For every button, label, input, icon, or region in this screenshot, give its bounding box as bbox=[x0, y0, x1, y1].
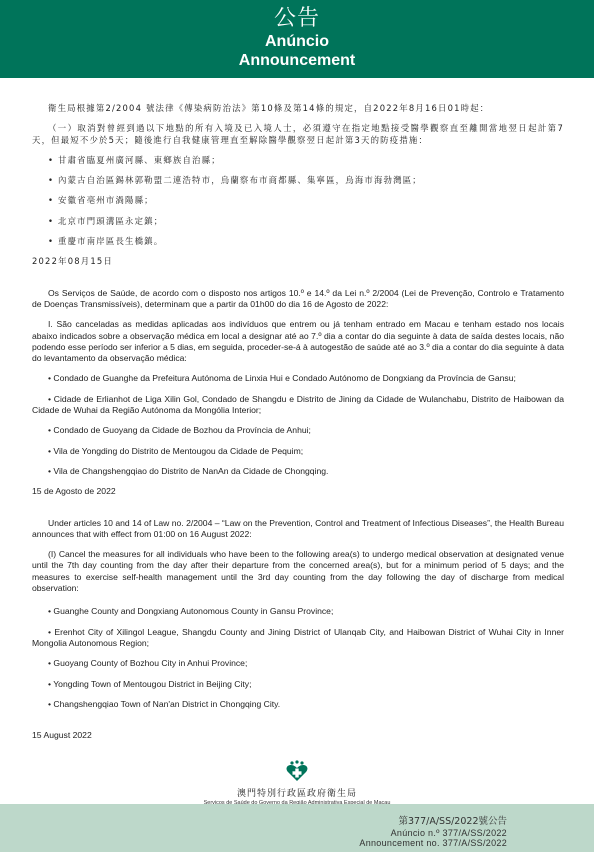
date-en: 15 August 2022 bbox=[32, 730, 564, 741]
list-item: • Yongding Town of Mentougou District in… bbox=[32, 679, 564, 690]
title-en: Announcement bbox=[0, 51, 594, 70]
announcement-header: 公告 Anúncio Announcement bbox=[0, 0, 594, 78]
list-item: • 安徽省亳州市渦陽縣； bbox=[32, 195, 564, 206]
list-item: • Vila de Yongding do Distrito de Mentou… bbox=[32, 446, 564, 457]
date-pt: 15 de Agosto de 2022 bbox=[32, 486, 564, 497]
reference-zh: 第377/A/SS/2022號公告 bbox=[359, 815, 507, 828]
list-item: • Erenhot City of Xilingol League, Shang… bbox=[32, 627, 564, 650]
section-en: Under articles 10 and 14 of Law no. 2/20… bbox=[32, 518, 564, 742]
health-bureau-heart-cross-icon bbox=[285, 760, 309, 782]
list-item: • 重慶市南岸區長生橋鎮。 bbox=[32, 236, 564, 247]
clause-zh: （一）取消對曾經到過以下地點的所有入境及已入境人士，必須遵守在指定地點接受醫學觀… bbox=[32, 123, 564, 146]
list-item: • Changshengqiao Town of Nan'an District… bbox=[32, 699, 564, 710]
list-item: • Condado de Guoyang da Cidade de Bozhou… bbox=[32, 425, 564, 436]
clause-en: (I) Cancel the measures for all individu… bbox=[32, 549, 564, 594]
announcement-body: 衛生局根據第2/2004 號法律《傳染病防治法》第10條及第14條的規定，自20… bbox=[32, 103, 564, 741]
reference-pt: Anúncio n.º 377/A/SS/2022 bbox=[359, 828, 507, 838]
clause-pt: I. São canceladas as medidas aplicadas a… bbox=[32, 319, 564, 364]
list-item: • Guanghe County and Dongxiang Autonomou… bbox=[32, 606, 564, 617]
bureau-name-zh: 澳門特別行政區政府衛生局 bbox=[0, 789, 594, 800]
intro-en: Under articles 10 and 14 of Law no. 2/20… bbox=[32, 518, 564, 541]
footer-band: 第377/A/SS/2022號公告 Anúncio n.º 377/A/SS/2… bbox=[0, 804, 594, 852]
list-item: • Guoyang County of Bozhou City in Anhui… bbox=[32, 658, 564, 669]
intro-pt: Os Serviços de Saúde, de acordo com o di… bbox=[32, 288, 564, 311]
list-item: • 北京市門頭溝區永定鎮； bbox=[32, 216, 564, 227]
section-zh: 衛生局根據第2/2004 號法律《傳染病防治法》第10條及第14條的規定，自20… bbox=[32, 103, 564, 268]
reference-en: Announcement no. 377/A/SS/2022 bbox=[359, 838, 507, 848]
section-pt: Os Serviços de Saúde, de acordo com o di… bbox=[32, 288, 564, 498]
title-zh: 公告 bbox=[0, 0, 594, 32]
list-item: • Cidade de Erlianhot de Liga Xilin Gol,… bbox=[32, 394, 564, 417]
title-pt: Anúncio bbox=[0, 32, 594, 51]
date-zh: 2022年08月15日 bbox=[32, 256, 564, 267]
list-item: • Vila de Changshengqiao do Distrito de … bbox=[32, 466, 564, 477]
list-item: • 內蒙古自治區錫林郭勒盟二連浩特市，烏蘭察布市商都縣、集寧區，烏海市海勃灣區； bbox=[32, 175, 564, 186]
health-bureau-logo: 澳門特別行政區政府衛生局 Serviços de Saúde do Govern… bbox=[0, 760, 594, 807]
announcement-reference: 第377/A/SS/2022號公告 Anúncio n.º 377/A/SS/2… bbox=[359, 815, 507, 848]
list-item: • 甘肅省臨夏州廣河縣、東鄉族自治縣； bbox=[32, 155, 564, 166]
intro-zh: 衛生局根據第2/2004 號法律《傳染病防治法》第10條及第14條的規定，自20… bbox=[32, 103, 564, 114]
list-item: • Condado de Guanghe da Prefeitura Autón… bbox=[32, 373, 564, 384]
